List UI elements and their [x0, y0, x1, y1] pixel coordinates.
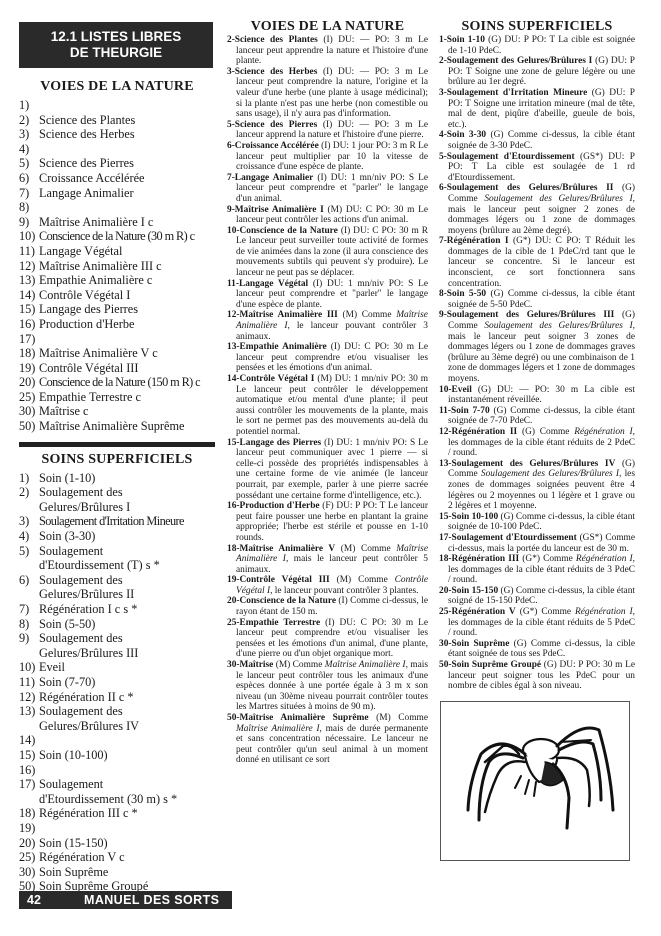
spell-name: Conscience de la Nature (30 m R) c: [39, 229, 215, 244]
book-title: MANUEL DES SORTS: [84, 891, 219, 909]
spell-description-heading: 9-Soulagement des Gelures/Brûlures III: [439, 310, 614, 320]
spell-list-item: 19)Contrôle Végétal III: [19, 361, 215, 376]
spell-level: 17): [19, 332, 39, 347]
spell-name: [39, 763, 215, 778]
spell-list-item: 25)Empathie Terrestre c: [19, 390, 215, 405]
spell-level: 6): [19, 171, 39, 186]
spell-name: Langage Végétal: [39, 244, 215, 259]
spell-list-item: 12)Régénération II c *: [19, 690, 215, 705]
spell-description-heading: 7-Régénération I: [439, 236, 509, 246]
spell-name-line1: Soulagement des: [39, 704, 123, 718]
spell-description-stats: (G): [498, 512, 516, 522]
spell-description: 9-Maîtrise Animalière I (M) DU: C PO: 30…: [227, 205, 428, 226]
spell-level: 30): [19, 865, 39, 880]
spell-name-line1: Maîtrise Animalière III c: [39, 259, 162, 273]
spell-list-item: 15)Soin (10-100): [19, 748, 215, 763]
spell-description-stats: (G) DU: — PO: 30 m: [472, 385, 584, 395]
spell-reference: Maîtrise Animalière I: [325, 660, 406, 670]
spell-list-item: 20)Conscience de la Nature (150 m R) c: [19, 375, 215, 390]
spell-level: 16): [19, 763, 39, 778]
chapter-header-line1: 12.1 LISTES LIBRES: [19, 29, 213, 45]
spell-description-heading: 20-Soin 15-150: [439, 586, 498, 596]
section-title-nature: VOIES DE LA NATURE: [19, 78, 215, 96]
spell-level: 15): [19, 302, 39, 317]
spell-list-item: 18)Maîtrise Animalière V c: [19, 346, 215, 361]
spell-reference: Régénération I: [574, 427, 632, 437]
spell-level: 30): [19, 404, 39, 419]
spell-description-heading: 30-Soin Suprême: [439, 639, 509, 649]
spell-name-line2: Gelures/Brûlures III: [39, 646, 138, 660]
spell-name-line1: Soulagement: [39, 544, 103, 558]
spell-list-item: 4): [19, 142, 215, 157]
spell-name-line1: Langage des Pierres: [39, 302, 138, 316]
spell-description-heading: 6-Croissance Accélérée: [227, 141, 319, 151]
spell-list-item: 9)Maîtrise Animalière I c: [19, 215, 215, 230]
spell-description-text: Le lanceur peut contrôler le développeme…: [236, 385, 428, 437]
spell-list-item: 16)Production d'Herbe: [19, 317, 215, 332]
spell-list-item: 14)Contrôle Végétal I: [19, 288, 215, 303]
spell-name-line1: Soulagement des: [39, 485, 123, 499]
spell-description-heading: 5-Science des Pierres: [227, 120, 317, 130]
spell-description-stats: (G) DU: P PO: 30 m: [541, 660, 625, 670]
spell-description-stats: (G): [498, 586, 516, 596]
spell-description-stats: (I) DU: — PO: 3 m: [317, 67, 418, 77]
spell-description-stats: (G*) DU: C PO: T: [509, 236, 596, 246]
spell-name-line1: Maîtrise Animalière V c: [39, 346, 158, 360]
spell-description-stats: (G): [486, 289, 508, 299]
spell-description: 30-Maîtrise (M) Comme Maîtrise Animalièr…: [227, 660, 428, 713]
spell-description: 25-Régénération V (G*) Comme Régénératio…: [439, 607, 635, 639]
spell-name-line1: Soin (5-50): [39, 617, 95, 631]
spell-name-line2: d'Etourdissement (T) s *: [39, 558, 160, 572]
spell-description: 15-Langage des Pierres (I) DU: 1 mn/niv …: [227, 438, 428, 502]
nature-descriptions: 2-Science des Plantes (I) DU: — PO: 3 m …: [227, 35, 428, 766]
spell-name: Soulagement desGelures/Brûlures IV: [39, 704, 215, 733]
spell-list-item: 2)Science des Plantes: [19, 113, 215, 128]
spell-list-item: 50)Maîtrise Animalière Suprême: [19, 419, 215, 434]
spell-description-heading: 7-Langage Animalier: [227, 173, 313, 183]
spell-level: 18): [19, 346, 39, 361]
spell-description-heading: 13-Empathie Animalière: [227, 342, 327, 352]
spell-description: 5-Science des Pierres (I) DU: — PO: 3 m …: [227, 120, 428, 141]
spell-description-stats: (G): [509, 639, 531, 649]
spell-list-item: 3)Science des Herbes: [19, 127, 215, 142]
spell-level: 4): [19, 529, 39, 544]
spell-name: Soin (1-10): [39, 471, 215, 486]
spell-description-heading: 1-Soin 1-10: [439, 35, 485, 45]
spell-name-line1: Soin (15-150): [39, 836, 108, 850]
spell-description: 7-Régénération I (G*) DU: C PO: T Réduit…: [439, 236, 635, 289]
spell-description-heading: 10-Conscience de la Nature: [227, 226, 338, 236]
spell-list-item: 11)Soin (7-70): [19, 675, 215, 690]
spell-level: 14): [19, 733, 39, 748]
spell-name: Régénération V c: [39, 850, 215, 865]
spell-list-item: 1): [19, 98, 215, 113]
spell-name: [39, 332, 215, 347]
spell-name: [39, 821, 215, 836]
spell-reference: Maîtrise Animalière I: [236, 724, 320, 734]
spell-description-stats: (G*) Comme: [519, 554, 576, 564]
spell-level: 1): [19, 471, 39, 486]
spell-description-heading: 16-Production d'Herbe: [227, 501, 320, 511]
spell-list-item: 12)Maîtrise Animalière III c: [19, 259, 215, 274]
spell-name-line1: Conscience de la Nature (30 m R) c: [39, 229, 194, 243]
spell-description-heading: 12-Maîtrise Animalière III: [227, 310, 338, 320]
spell-name: Science des Herbes: [39, 127, 215, 142]
spell-name: Empathie Animalière c: [39, 273, 215, 288]
spell-description: 7-Langage Animalier (I) DU: 1 mn/niv PO:…: [227, 173, 428, 205]
spell-list-item: 3)Soulagement d'Irritation Mineure: [19, 514, 215, 529]
spell-name: Croissance Accélérée: [39, 171, 215, 186]
spell-name-line1: Empathie Animalière c: [39, 273, 152, 287]
spell-name-line1: Langage Végétal: [39, 244, 122, 258]
spell-list-item: 5)Soulagementd'Etourdissement (T) s *: [19, 544, 215, 573]
spell-description-stats: (I) DU: 1 mn/niv PO: S: [321, 438, 418, 448]
spell-name-line1: Conscience de la Nature (150 m R) c: [39, 375, 200, 389]
spell-list-item: 7)Langage Animalier: [19, 186, 215, 201]
spell-description: 2-Soulagement des Gelures/Brûlures I (G)…: [439, 56, 635, 88]
spell-description-heading: 25-Empathie Terrestre: [227, 618, 320, 628]
spell-description: 2-Science des Plantes (I) DU: — PO: 3 m …: [227, 35, 428, 67]
spell-description-heading: 6-Soulagement des Gelures/Brûlures II: [439, 183, 613, 193]
spell-list-item: 4)Soin (3-30): [19, 529, 215, 544]
spell-description-heading: 10-Eveil: [439, 385, 472, 395]
spell-description-stats: (I) DU: — PO: 3 m: [318, 35, 418, 45]
spell-list-item: 5)Science des Pierres: [19, 156, 215, 171]
spell-description: 17-Soulagement d'Etourdissement (GS*) Co…: [439, 533, 635, 554]
spell-name: Soulagement d'Irritation Mineure: [39, 514, 215, 529]
spell-list-item: 7)Régénération I c s *: [19, 602, 215, 617]
spell-description: 50-Maîtrise Animalière Suprême (M) Comme…: [227, 713, 428, 766]
spell-name: Soulagementd'Etourdissement (T) s *: [39, 544, 215, 573]
spell-name-line1: Contrôle Végétal I: [39, 288, 130, 302]
spell-list-item: 30)Soin Suprême: [19, 865, 215, 880]
spell-level: 10): [19, 229, 39, 244]
spell-description: 10-Eveil (G) DU: — PO: 30 m La cible est…: [439, 385, 635, 406]
section-divider: [19, 442, 215, 447]
spell-name-line1: Soin (1-10): [39, 471, 95, 485]
spell-name-line2: Gelures/Brûlures IV: [39, 719, 139, 733]
spell-reference: Soulagement des Gelures/Brûlures I: [481, 469, 619, 479]
spell-description-heading: 12-Régénération II: [439, 427, 517, 437]
spell-name-line1: Langage Animalier: [39, 186, 134, 200]
spell-level: 25): [19, 390, 39, 405]
spell-name-line1: Maîtrise Animalière Suprême: [39, 419, 184, 433]
spell-description-heading: 8-Soin 5-50: [439, 289, 486, 299]
spell-list-item: 18)Régénération III c *: [19, 806, 215, 821]
spell-description: 6-Soulagement des Gelures/Brûlures II (G…: [439, 183, 635, 236]
spell-list-item: 17): [19, 332, 215, 347]
spell-name: Production d'Herbe: [39, 317, 215, 332]
nature-descriptions-title: VOIES DE LA NATURE: [227, 19, 428, 35]
spell-description-heading: 30-Maîtrise: [227, 660, 273, 670]
spell-name: Soin Suprême: [39, 865, 215, 880]
spell-name-line1: Empathie Terrestre c: [39, 390, 141, 404]
spell-description: 20-Soin 15-150 (G) Comme ci-dessus, la c…: [439, 586, 635, 607]
spell-description: 16-Production d'Herbe (F) DU: P PO: T Le…: [227, 501, 428, 543]
spell-level: 15): [19, 748, 39, 763]
spell-reference: Soulagement des Gelures/Brûlures I: [484, 321, 632, 331]
spell-description-heading: 11-Langage Végétal: [227, 279, 308, 289]
spell-name-line1: Régénération III c *: [39, 806, 138, 820]
spell-name-line1: Eveil: [39, 660, 65, 674]
spell-reference: Régénération I: [575, 607, 633, 617]
spell-description-heading: 13-Soulagement des Gelures/Brûlures IV: [439, 459, 615, 469]
spell-level: 13): [19, 273, 39, 288]
spell-description-heading: 3-Science des Herbes: [227, 67, 317, 77]
spell-level: 20): [19, 836, 39, 851]
spell-description-heading: 4-Soin 3-30: [439, 130, 486, 140]
spell-name-line2: d'Etourdissement (30 m) s *: [39, 792, 177, 806]
spell-list-item: 13)Soulagement desGelures/Brûlures IV: [19, 704, 215, 733]
spell-name: Régénération III c *: [39, 806, 215, 821]
nature-descriptions-column: VOIES DE LA NATURE 2-Science des Plantes…: [227, 19, 428, 766]
spell-level: 5): [19, 156, 39, 171]
soins-descriptions: 1-Soin 1-10 (G) DU: P PO: T La cible est…: [439, 35, 635, 692]
page-footer: 42 MANUEL DES SORTS: [19, 891, 232, 909]
spell-level: 12): [19, 690, 39, 705]
spell-description-heading: 2-Soulagement des Gelures/Brûlures I: [439, 56, 592, 66]
spell-name-line1: Soin (10-100): [39, 748, 108, 762]
spell-level: 4): [19, 142, 39, 157]
spell-description-heading: 50-Soin Suprême Groupé: [439, 660, 541, 670]
chapter-header: 12.1 LISTES LIBRES DE THEURGIE: [19, 22, 213, 68]
spell-description-stats: (I) DU: C PO: 30 m: [327, 342, 418, 352]
spell-list-item: 25)Régénération V c: [19, 850, 215, 865]
spell-name: [39, 200, 215, 215]
spell-description: 1-Soin 1-10 (G) DU: P PO: T La cible est…: [439, 35, 635, 56]
spell-name: Langage des Pierres: [39, 302, 215, 317]
spell-name-line1: Production d'Herbe: [39, 317, 134, 331]
spell-name: [39, 98, 215, 113]
spell-name-line1: Maîtrise Animalière I c: [39, 215, 153, 229]
spell-description-heading: 9-Maîtrise Animalière I: [227, 205, 324, 215]
spell-name: Eveil: [39, 660, 215, 675]
spell-description-heading: 25-Régénération V: [439, 607, 516, 617]
spell-level: 17): [19, 777, 39, 806]
spell-name-line1: Science des Pierres: [39, 156, 134, 170]
spell-description-heading: 18-Maîtrise Animalière V: [227, 544, 335, 554]
spell-description-stats: (G): [486, 130, 508, 140]
spell-description: 12-Maîtrise Animalière III (M) Comme Maî…: [227, 310, 428, 342]
spell-name: Soin (10-100): [39, 748, 215, 763]
spell-list-item: 10)Eveil: [19, 660, 215, 675]
spell-name-line1: Soin (7-70): [39, 675, 95, 689]
spell-reference: Soulagement des Gelures/Brûlures I: [484, 194, 632, 204]
spell-description: 18-Régénération III (G*) Comme Régénérat…: [439, 554, 635, 586]
spell-level: 25): [19, 850, 39, 865]
spell-name: Conscience de la Nature (150 m R) c: [39, 375, 215, 390]
spell-description-stats: (GS*): [577, 533, 606, 543]
spell-list-item: 6)Croissance Accélérée: [19, 171, 215, 186]
spell-level: 9): [19, 631, 39, 660]
spell-list-item: 1)Soin (1-10): [19, 471, 215, 486]
spell-name-line2: Gelures/Brûlures I: [39, 500, 130, 514]
spell-name: Contrôle Végétal III: [39, 361, 215, 376]
spell-level: 5): [19, 544, 39, 573]
spell-description-stats: (G) DU: P PO: T: [485, 35, 558, 45]
spell-list-item: 10)Conscience de la Nature (30 m R) c: [19, 229, 215, 244]
spell-name: [39, 733, 215, 748]
spell-list-item: 17)Soulagementd'Etourdissement (30 m) s …: [19, 777, 215, 806]
spell-level: 2): [19, 113, 39, 128]
spell-level: 11): [19, 675, 39, 690]
spell-description: 6-Croissance Accélérée (I) DU: 1 jour PO…: [227, 141, 428, 173]
spell-description: 10-Conscience de la Nature (I) DU: C PO:…: [227, 226, 428, 279]
spell-level: 18): [19, 806, 39, 821]
spider-illustration-frame: [440, 701, 630, 861]
spell-description-stats: (M) Comme: [338, 310, 396, 320]
soins-descriptions-column: SOINS SUPERFICIELS 1-Soin 1-10 (G) DU: P…: [439, 19, 635, 692]
spell-description: 4-Soin 3-30 (G) Comme ci-dessus, la cibl…: [439, 130, 635, 151]
spell-level: 16): [19, 317, 39, 332]
spider-illustration-icon: [441, 702, 628, 859]
spell-name-line1: Soulagement d'Irritation Mineure: [39, 514, 184, 528]
spell-level: 1): [19, 98, 39, 113]
spell-description-stats: (M) Comme: [369, 713, 428, 723]
spell-level: 19): [19, 361, 39, 376]
spell-description-heading: 11-Soin 7-70: [439, 406, 490, 416]
spell-description-heading: 15-Soin 10-100: [439, 512, 498, 522]
spell-description: 13-Empathie Animalière (I) DU: C PO: 30 …: [227, 342, 428, 374]
spell-name-line1: Contrôle Végétal III: [39, 361, 138, 375]
spell-description-heading: 3-Soulagement d'Irritation Mineure: [439, 88, 587, 98]
spell-name: Maîtrise Animalière I c: [39, 215, 215, 230]
spell-description: 50-Soin Suprême Groupé (G) DU: P PO: 30 …: [439, 660, 635, 692]
spell-description-stats: (I): [336, 596, 350, 606]
spell-name: Science des Pierres: [39, 156, 215, 171]
nature-spell-list: 1)2)Science des Plantes3)Science des Her…: [19, 98, 215, 434]
spell-description: 19-Contrôle Végétal III (M) Comme Contrô…: [227, 575, 428, 596]
spell-description: 20-Conscience de la Nature (I) Comme ci-…: [227, 596, 428, 617]
spell-description-text: , le lanceur pouvant contrôler 3 plantes…: [270, 586, 418, 596]
spell-name: Maîtrise Animalière V c: [39, 346, 215, 361]
spell-description: 3-Soulagement d'Irritation Mineure (G) D…: [439, 88, 635, 130]
spell-name-line1: Soulagement: [39, 777, 103, 791]
spell-name-line1: Croissance Accélérée: [39, 171, 145, 185]
soins-descriptions-title: SOINS SUPERFICIELS: [439, 19, 635, 35]
spell-description-stats: (I) DU: C PO: 30 m R: [338, 226, 428, 236]
spell-name-line1: Soin Suprême: [39, 865, 108, 879]
spell-description: 15-Soin 10-100 (G) Comme ci-dessus, la c…: [439, 512, 635, 533]
spell-level: 50): [19, 419, 39, 434]
spell-name: Contrôle Végétal I: [39, 288, 215, 303]
spell-description: 18-Maîtrise Animalière V (M) Comme Maîtr…: [227, 544, 428, 576]
spell-name: Régénération I c s *: [39, 602, 215, 617]
spell-name: Régénération II c *: [39, 690, 215, 705]
spell-list-item: 15)Langage des Pierres: [19, 302, 215, 317]
spell-name: Langage Animalier: [39, 186, 215, 201]
spell-name-line1: Régénération II c *: [39, 690, 134, 704]
spell-level: 3): [19, 127, 39, 142]
spell-list-item: 20)Soin (15-150): [19, 836, 215, 851]
spell-name: Soulagement desGelures/Brûlures III: [39, 631, 215, 660]
spell-description-heading: 5-Soulagement d'Etourdissement: [439, 152, 575, 162]
spell-description-text: Le lanceur peut surveiller toute activit…: [236, 236, 428, 278]
spell-level: 9): [19, 215, 39, 230]
spell-list-item: 8): [19, 200, 215, 215]
spell-name-line1: Régénération V c: [39, 850, 125, 864]
spell-list-item: 30)Maîtrise c: [19, 404, 215, 419]
section-title-soins: SOINS SUPERFICIELS: [19, 451, 215, 469]
spell-description-stats: (M) DU: C PO: 30 m: [324, 205, 418, 215]
spell-list-item: 2)Soulagement desGelures/Brûlures I: [19, 485, 215, 514]
spell-name: Maîtrise c: [39, 404, 215, 419]
spell-description: 9-Soulagement des Gelures/Brûlures III (…: [439, 310, 635, 384]
spell-name: Maîtrise Animalière III c: [39, 259, 215, 274]
spell-description: 30-Soin Suprême (G) Comme ci-dessus, la …: [439, 639, 635, 660]
spell-list-item: 6)Soulagement desGelures/Brûlures II: [19, 573, 215, 602]
spell-level: 7): [19, 186, 39, 201]
spell-level: 8): [19, 200, 39, 215]
spell-name: Soin (5-50): [39, 617, 215, 632]
spell-description-stats: (M) Comme: [273, 660, 324, 670]
spell-description-stats: (G) Comme: [517, 427, 574, 437]
spell-description-heading: 20-Conscience de la Nature: [227, 596, 336, 606]
spell-description-stats: (G): [490, 406, 511, 416]
spell-description: 3-Science des Herbes (I) DU: — PO: 3 m L…: [227, 67, 428, 120]
spell-description-heading: 50-Maîtrise Animalière Suprême: [227, 713, 369, 723]
spell-level: 13): [19, 704, 39, 733]
spell-name: Soin (7-70): [39, 675, 215, 690]
page-number: 42: [27, 891, 41, 909]
spell-level: 2): [19, 485, 39, 514]
spell-name-line1: Régénération I c s *: [39, 602, 137, 616]
spell-name-line1: Science des Herbes: [39, 127, 135, 141]
spell-list-item: 9)Soulagement desGelures/Brûlures III: [19, 631, 215, 660]
spell-name-line2: Gelures/Brûlures II: [39, 587, 134, 601]
spell-name: Maîtrise Animalière Suprême: [39, 419, 215, 434]
spell-level: 10): [19, 660, 39, 675]
spell-name: Science des Plantes: [39, 113, 215, 128]
spell-description-stats: (M) Comme: [335, 544, 396, 554]
spell-level: 14): [19, 288, 39, 303]
spell-description-stats: (I) DU: C PO: 30 m: [320, 618, 418, 628]
spell-level: 12): [19, 259, 39, 274]
spell-description: 14-Contrôle Végétal I (M) DU: 1 mn/niv P…: [227, 374, 428, 438]
spell-name: Soulagement desGelures/Brûlures II: [39, 573, 215, 602]
spell-description-stats: (M) DU: 1 mn/niv PO: 30 m: [314, 374, 428, 384]
spell-description-stats: (M) Comme: [330, 575, 395, 585]
spell-level: 3): [19, 514, 39, 529]
spell-description-stats: (G*) Comme: [516, 607, 575, 617]
spell-level: 8): [19, 617, 39, 632]
spell-list-item: 16): [19, 763, 215, 778]
spell-description-heading: 18-Régénération III: [439, 554, 519, 564]
chapter-header-line2: DE THEURGIE: [19, 45, 213, 61]
spell-list-column: VOIES DE LA NATURE 1)2)Science des Plant…: [19, 76, 215, 894]
spell-description: 5-Soulagement d'Etourdissement (GS*) DU:…: [439, 152, 635, 184]
spell-name-line1: Soulagement des: [39, 573, 123, 587]
spell-description-heading: 15-Langage des Pierres: [227, 438, 321, 448]
spell-description-heading: 14-Contrôle Végétal I: [227, 374, 314, 384]
spell-description-stats: (I) DU: 1 mn/niv PO: S: [308, 279, 418, 289]
spell-description: 25-Empathie Terrestre (I) DU: C PO: 30 m…: [227, 618, 428, 660]
spell-description: 11-Langage Végétal (I) DU: 1 mn/niv PO: …: [227, 279, 428, 311]
spell-list-item: 11)Langage Végétal: [19, 244, 215, 259]
spell-description-stats: (I) DU: 1 mn/niv PO: S: [313, 173, 418, 183]
spell-name: Empathie Terrestre c: [39, 390, 215, 405]
spell-description: 13-Soulagement des Gelures/Brûlures IV (…: [439, 459, 635, 512]
soins-spell-list: 1)Soin (1-10)2)Soulagement desGelures/Br…: [19, 471, 215, 894]
spell-name: Soulagementd'Etourdissement (30 m) s *: [39, 777, 215, 806]
spell-level: 6): [19, 573, 39, 602]
spell-level: 11): [19, 244, 39, 259]
spell-description-heading: 2-Science des Plantes: [227, 35, 318, 45]
spell-description-stats: (I) DU: — PO: 3 m: [317, 120, 418, 130]
spell-name-line1: Maîtrise c: [39, 404, 89, 418]
spell-name: Soin (15-150): [39, 836, 215, 851]
